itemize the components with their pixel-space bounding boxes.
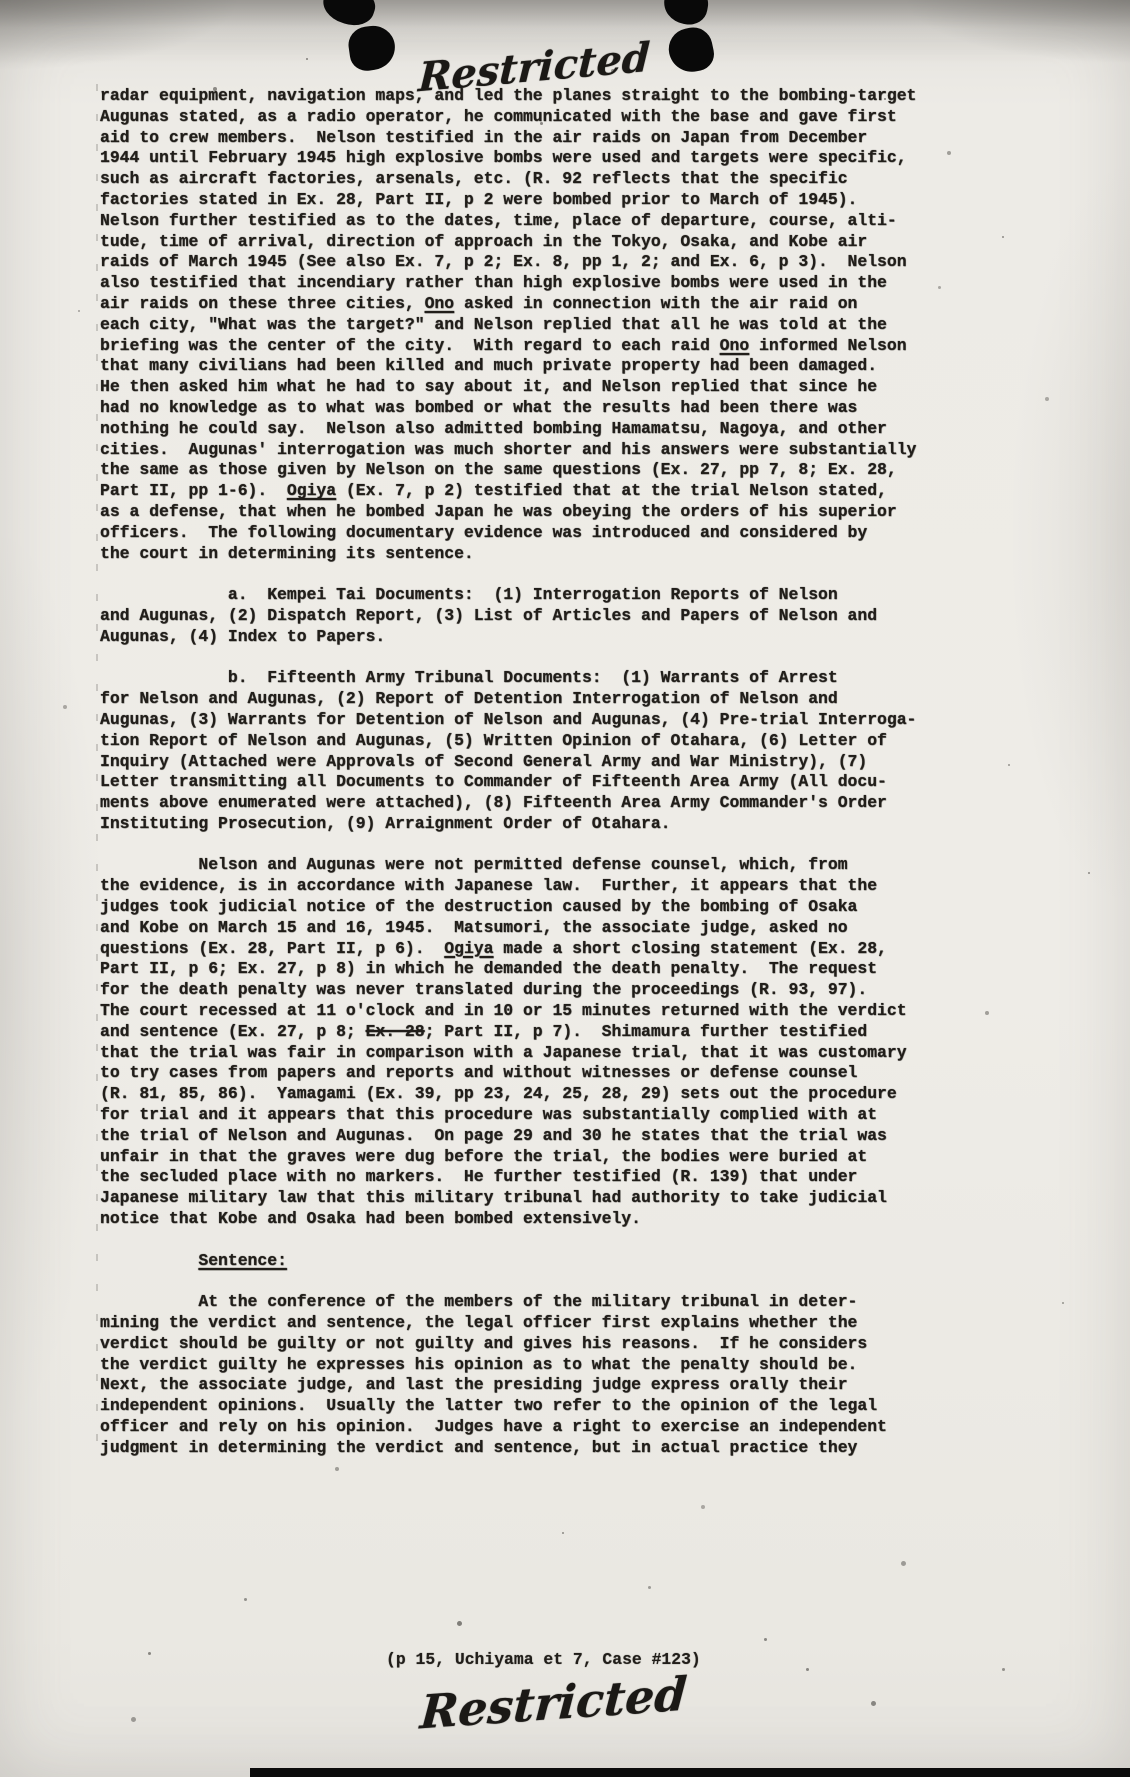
- text-line: for trial and it appears that this proce…: [100, 1105, 1040, 1126]
- text-line: the same as those given by Nelson on the…: [100, 460, 1040, 481]
- scanned-document-page: Restricted radar equipment, navigation m…: [0, 0, 1130, 1777]
- ink-blot-top-right: [665, 24, 717, 76]
- text-line: Instituting Prosecution, (9) Arraignment…: [100, 814, 1040, 835]
- text-line: raids of March 1945 (See also Ex. 7, p 2…: [100, 252, 1040, 273]
- text-line: tude, time of arrival, direction of appr…: [100, 232, 1040, 253]
- text-line: questions (Ex. 28, Part II, p 6). Ogiya …: [100, 939, 1040, 960]
- text-line: He then asked him what he had to say abo…: [100, 377, 1040, 398]
- text-line: The court recessed at 11 o'clock and in …: [100, 1001, 1040, 1022]
- heading-sentence: Sentence:: [100, 1251, 1040, 1272]
- text-line: the verdict guilty he expresses his opin…: [100, 1355, 1040, 1376]
- text-line: and sentence (Ex. 27, p 8; Ex. 28; Part …: [100, 1022, 1040, 1043]
- page-citation: (p 15, Uchiyama et 7, Case #123): [386, 1650, 701, 1669]
- text-line: each city, "What was the target?" and Ne…: [100, 315, 1040, 336]
- text-line: verdict should be guilty or not guilty a…: [100, 1334, 1040, 1355]
- text-line: that many civilians had been killed and …: [100, 356, 1040, 377]
- text-line: air raids on these three cities, Ono ask…: [100, 294, 1040, 315]
- text-line: b. Fifteenth Army Tribunal Documents: (1…: [100, 668, 1040, 689]
- text-line: Inquiry (Attached were Approvals of Seco…: [100, 752, 1040, 773]
- text-line: a. Kempei Tai Documents: (1) Interrogati…: [100, 585, 1040, 606]
- text-line: unfair in that the graves were dug befor…: [100, 1147, 1040, 1168]
- text-line: Letter transmitting all Documents to Com…: [100, 772, 1040, 793]
- text-line: for Nelson and Augunas, (2) Report of De…: [100, 689, 1040, 710]
- text-line: officer and rely on his opinion. Judges …: [100, 1417, 1040, 1438]
- text-line: the trial of Nelson and Augunas. On page…: [100, 1126, 1040, 1147]
- text-line: briefing was the center of the city. Wit…: [100, 336, 1040, 357]
- text-line: officers. The following documentary evid…: [100, 523, 1040, 544]
- scan-speckles: [0, 0, 3, 3]
- text-line: Sentence:: [100, 1251, 1040, 1272]
- text-line: 1944 until February 1945 high explosive …: [100, 148, 1040, 169]
- text-line: At the conference of the members of the …: [100, 1292, 1040, 1313]
- list-item-b-fifteenth-army-tribunal-documents: b. Fifteenth Army Tribunal Documents: (1…: [100, 668, 1040, 834]
- text-line: judges took judicial notice of the destr…: [100, 897, 1040, 918]
- text-line: that the trial was fair in comparison wi…: [100, 1043, 1040, 1064]
- text-line: aid to crew members. Nelson testified in…: [100, 128, 1040, 149]
- text-line: the secluded place with no markers. He f…: [100, 1167, 1040, 1188]
- text-line: tion Report of Nelson and Augunas, (5) W…: [100, 731, 1040, 752]
- body-paragraph-sentence-procedure: At the conference of the members of the …: [100, 1292, 1040, 1458]
- text-line: Nelson and Augunas were not permitted de…: [100, 855, 1040, 876]
- text-line: nothing he could say. Nelson also admitt…: [100, 419, 1040, 440]
- text-line: also testified that incendiary rather th…: [100, 273, 1040, 294]
- text-line: the evidence, is in accordance with Japa…: [100, 876, 1040, 897]
- text-line: factories stated in Ex. 28, Part II, p 2…: [100, 190, 1040, 211]
- text-line: Japanese military law that this military…: [100, 1188, 1040, 1209]
- text-line: Augunas stated, as a radio operator, he …: [100, 107, 1040, 128]
- text-line: radar equipment, navigation maps, and le…: [100, 86, 1040, 107]
- text-line: notice that Kobe and Osaka had been bomb…: [100, 1209, 1040, 1230]
- text-line: independent opinions. Usually the latter…: [100, 1396, 1040, 1417]
- ink-blot-top-left: [346, 23, 398, 73]
- text-line: as a defense, that when he bombed Japan …: [100, 502, 1040, 523]
- text-line: to try cases from papers and reports and…: [100, 1063, 1040, 1084]
- text-line: Augunas, (4) Index to Papers.: [100, 627, 1040, 648]
- text-line: and Augunas, (2) Dispatch Report, (3) Li…: [100, 606, 1040, 627]
- body-paragraph-trial-evidence: Nelson and Augunas were not permitted de…: [100, 855, 1040, 1229]
- text-line: Part II, p 6; Ex. 27, p 8) in which he d…: [100, 959, 1040, 980]
- text-line: Part II, pp 1-6). Ogiya (Ex. 7, p 2) tes…: [100, 481, 1040, 502]
- text-line: Augunas, (3) Warrants for Detention of N…: [100, 710, 1040, 731]
- text-line: Next, the associate judge, and last the …: [100, 1375, 1040, 1396]
- text-line: for the death penalty was never translat…: [100, 980, 1040, 1001]
- ink-blot-top-right: [661, 0, 711, 28]
- text-line: the court in determining its sentence.: [100, 544, 1040, 565]
- text-line: (R. 81, 85, 86). Yamagami (Ex. 39, pp 23…: [100, 1084, 1040, 1105]
- handwritten-restricted-stamp-bottom: Restricted: [418, 1666, 688, 1739]
- text-line: Nelson further testified as to the dates…: [100, 211, 1040, 232]
- left-margin-crease: [96, 84, 98, 1464]
- text-line: judgment in determining the verdict and …: [100, 1438, 1040, 1459]
- body-paragraph-continuation: radar equipment, navigation maps, and le…: [100, 86, 1040, 564]
- text-line: mining the verdict and sentence, the leg…: [100, 1313, 1040, 1334]
- text-line: such as aircraft factories, arsenals, et…: [100, 169, 1040, 190]
- document-body: radar equipment, navigation maps, and le…: [100, 86, 1040, 1459]
- scan-edge-artifact: [250, 1768, 1130, 1777]
- text-line: had no knowledge as to what was bombed o…: [100, 398, 1040, 419]
- text-line: cities. Augunas' interrogation was much …: [100, 440, 1040, 461]
- text-line: ments above enumerated were attached), (…: [100, 793, 1040, 814]
- list-item-a-kempei-tai-documents: a. Kempei Tai Documents: (1) Interrogati…: [100, 585, 1040, 647]
- text-line: and Kobe on March 15 and 16, 1945. Matsu…: [100, 918, 1040, 939]
